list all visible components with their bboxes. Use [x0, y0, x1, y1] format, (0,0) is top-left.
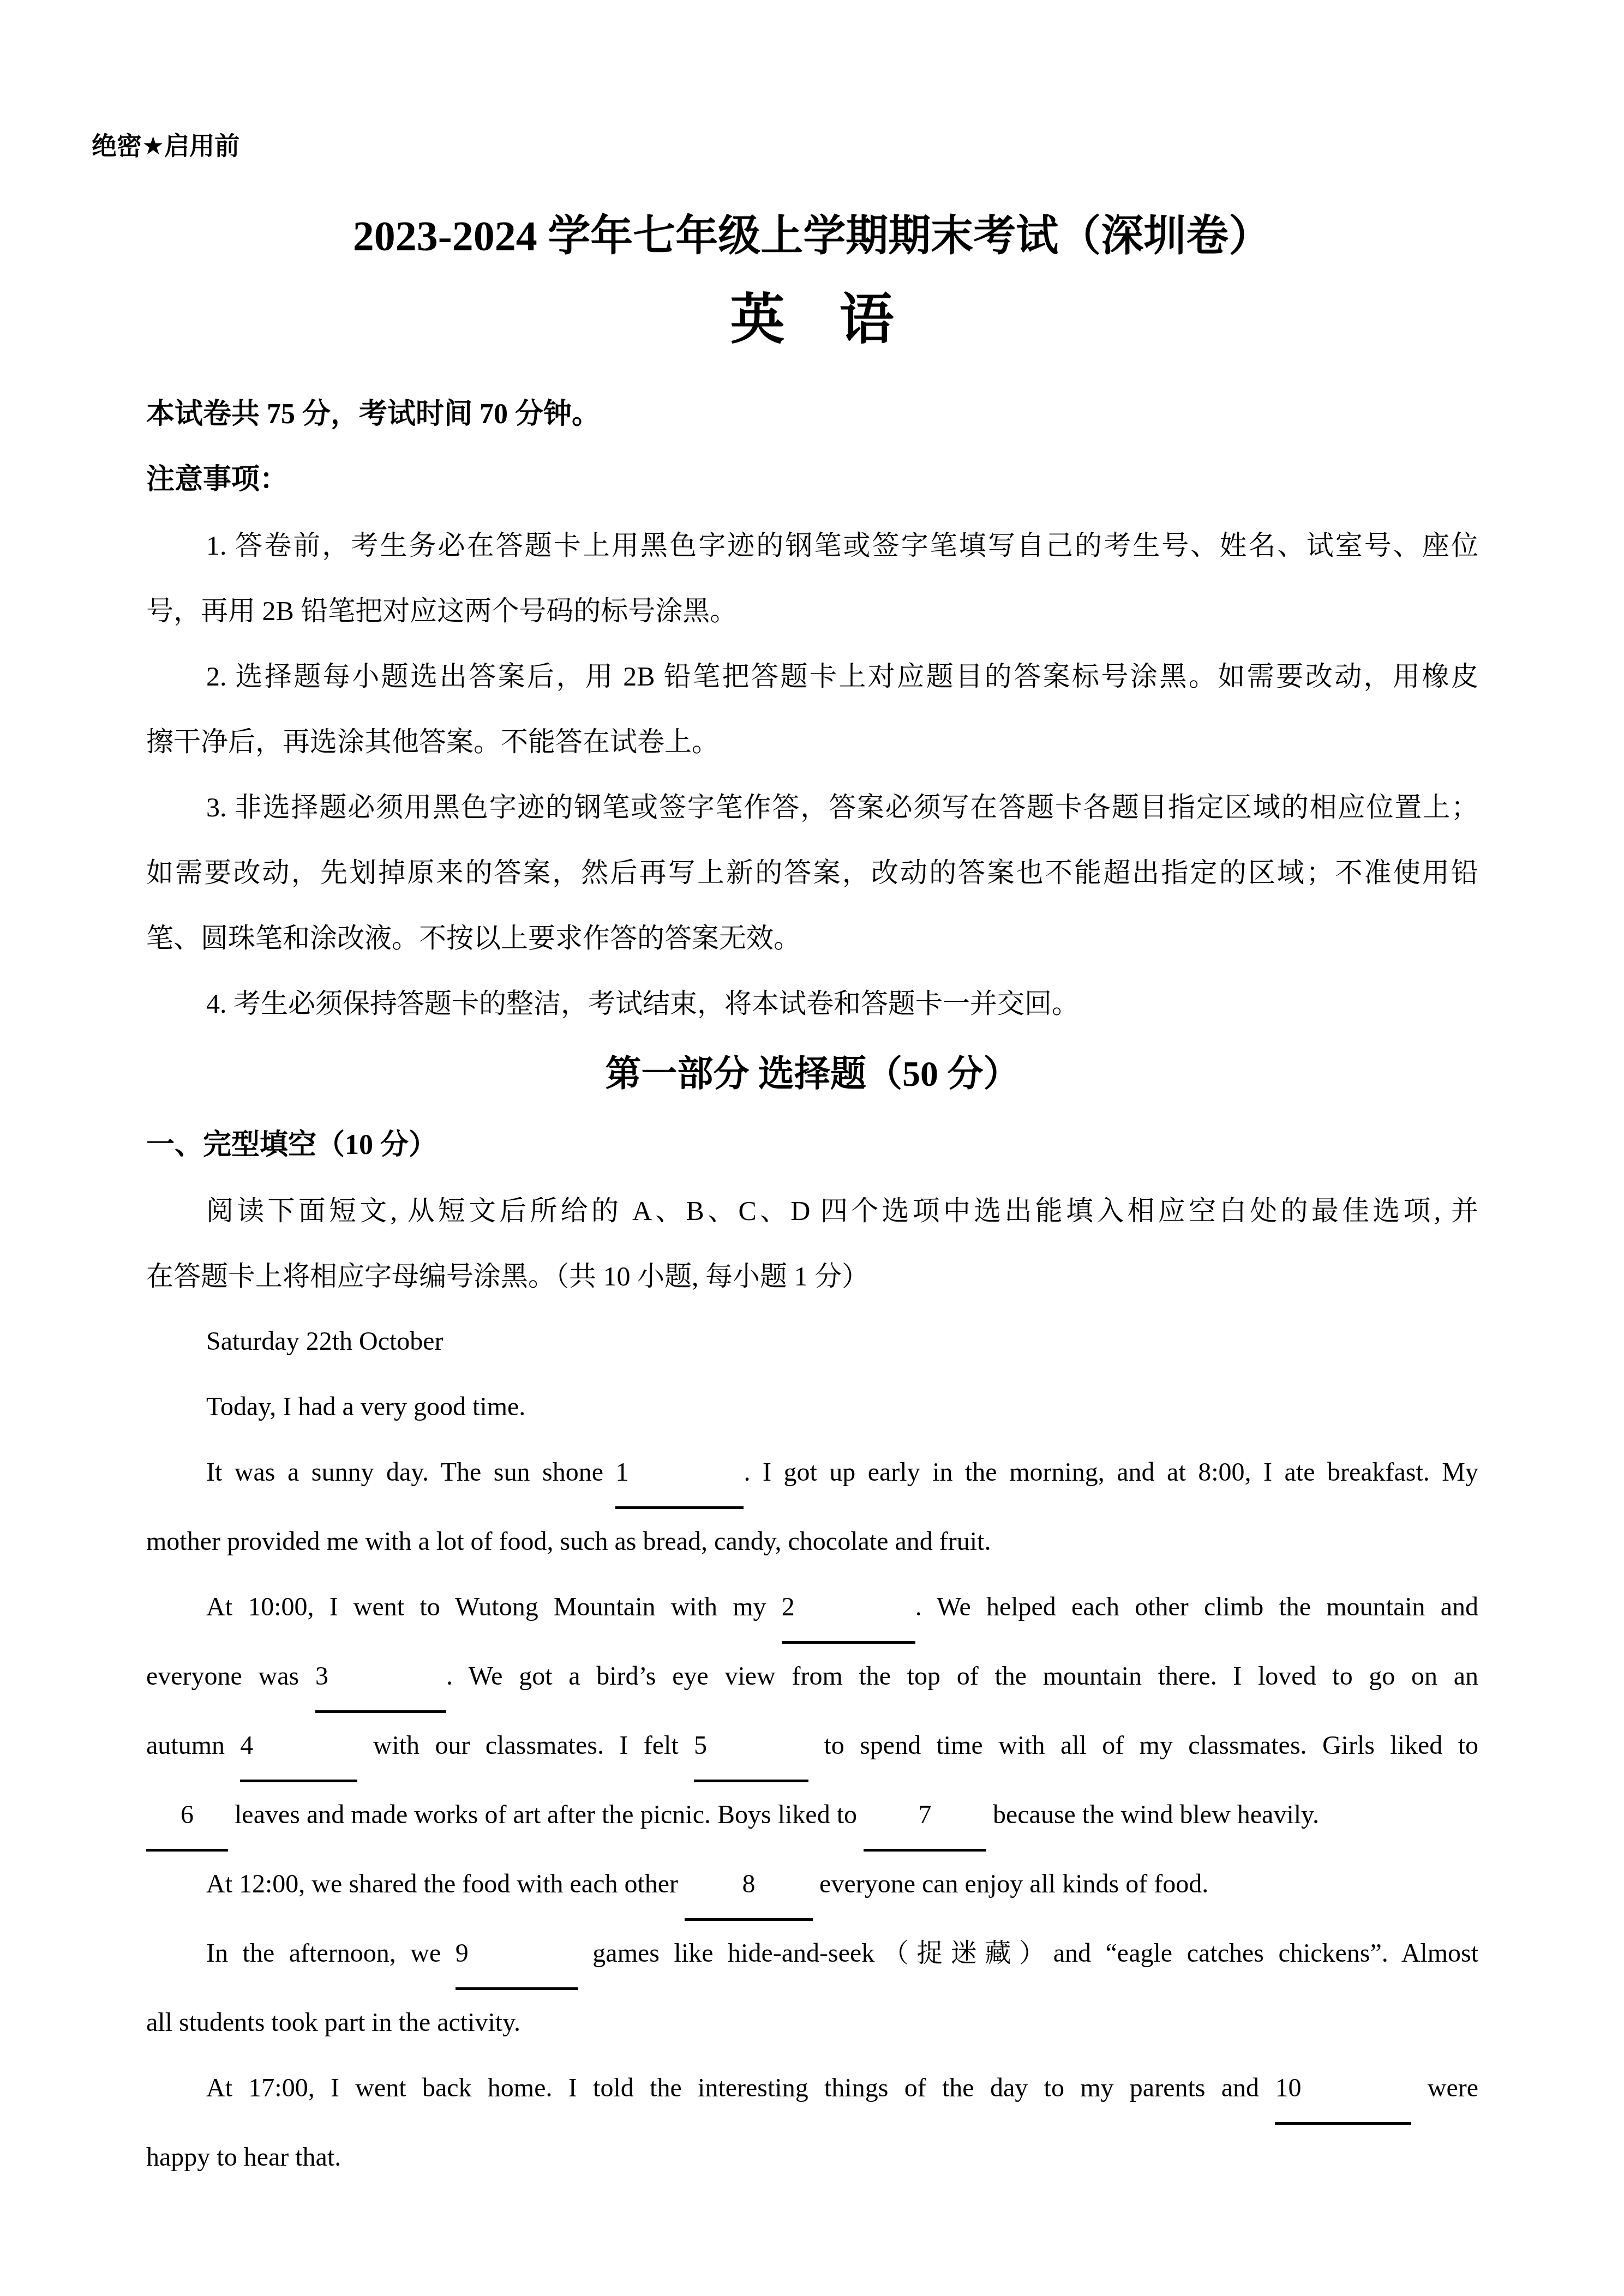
- cloze-section-heading: 一、完型填空（10 分）: [146, 1113, 1478, 1178]
- note-2-line-2: 擦干净后，再选涂其他答案。不能答在试卷上。: [146, 709, 1478, 774]
- cloze-blank-7: 7: [864, 1782, 986, 1852]
- passage-line-5: At 10:00, I went to Wutong Mountain with…: [146, 1574, 1478, 1644]
- exam-page: 绝密★启用前 2023-2024 学年七年级上学期期末考试（深圳卷） 英 语 本…: [0, 0, 1624, 2296]
- passage-line-11: all students took part in the activity.: [146, 1990, 1478, 2055]
- cloze-instruction-line-2: 在答题卡上将相应字母编号涂黑。（共 10 小题, 每小题 1 分）: [146, 1243, 1478, 1309]
- passage-line-2: Today, I had a very good time.: [146, 1374, 1478, 1440]
- note-3-line-3: 笔、圆珠笔和涂改液。不按以上要求作答的答案无效。: [146, 905, 1478, 971]
- cloze-blank-1: 1: [615, 1440, 744, 1509]
- exam-info-line: 本试卷共 75 分，考试时间 70 分钟。: [146, 382, 1478, 447]
- passage-line-3: It was a sunny day. The sun shone 1. I g…: [146, 1440, 1478, 1509]
- cloze-blank-5: 5: [694, 1713, 808, 1782]
- passage-date-line: Saturday 22th October: [146, 1309, 1478, 1374]
- cloze-instruction-line-1: 阅读下面短文, 从短文后所给的 A、B、C、D 四个选项中选出能填入相应空白处的…: [146, 1178, 1478, 1243]
- cloze-blank-6: 6: [146, 1782, 228, 1852]
- note-3-line-2: 如需要改动，先划掉原来的答案，然后再写上新的答案，改动的答案也不能超出指定的区域…: [146, 840, 1478, 905]
- passage-line-4: mother provided me with a lot of food, s…: [146, 1509, 1478, 1574]
- cloze-blank-10: 10: [1275, 2055, 1411, 2125]
- cloze-blank-4: 4: [240, 1713, 357, 1782]
- passage-line-8: 6 leaves and made works of art after the…: [146, 1782, 1478, 1852]
- note-1-line-2: 号，再用 2B 铅笔把对应这两个号码的标号涂黑。: [146, 578, 1478, 644]
- passage-line-10: In the afternoon, we 9 games like hide-a…: [146, 1921, 1478, 1990]
- cloze-blank-2: 2: [782, 1574, 915, 1644]
- note-2-line-1: 2. 选择题每小题选出答案后，用 2B 铅笔把答题卡上对应题目的答案标号涂黑。如…: [146, 644, 1478, 709]
- security-classification-label: 绝密★启用前: [92, 127, 239, 165]
- notes-label: 注意事项：: [146, 447, 1478, 513]
- passage-line-12: At 17:00, I went back home. I told the i…: [146, 2055, 1478, 2125]
- passage-line-9: At 12:00, we shared the food with each o…: [146, 1852, 1478, 1921]
- passage-line-6: everyone was 3. We got a bird’s eye view…: [146, 1644, 1478, 1713]
- cloze-blank-9: 9: [456, 1921, 578, 1990]
- passage-line-7: autumn 4 with our classmates. I felt 5 t…: [146, 1713, 1478, 1782]
- cloze-blank-8: 8: [685, 1852, 813, 1921]
- exam-title: 2023-2024 学年七年级上学期期末考试（深圳卷）: [0, 206, 1624, 266]
- passage-line-13: happy to hear that.: [146, 2125, 1478, 2190]
- cloze-blank-3: 3: [315, 1644, 446, 1713]
- part1-heading: 第一部分 选择题（50 分）: [146, 1036, 1478, 1113]
- exam-subject: 英 语: [0, 279, 1624, 361]
- note-4-line-1: 4. 考生必须保持答题卡的整洁，考试结束，将本试卷和答题卡一并交回。: [146, 971, 1478, 1036]
- note-3-line-1: 3. 非选择题必须用黑色字迹的钢笔或签字笔作答，答案必须写在答题卡各题目指定区域…: [146, 774, 1478, 840]
- exam-body: 本试卷共 75 分，考试时间 70 分钟。 注意事项： 1. 答卷前，考生务必在…: [146, 382, 1478, 2190]
- note-1-line-1: 1. 答卷前，考生务必在答题卡上用黑色字迹的钢笔或签字笔填写自己的考生号、姓名、…: [146, 513, 1478, 578]
